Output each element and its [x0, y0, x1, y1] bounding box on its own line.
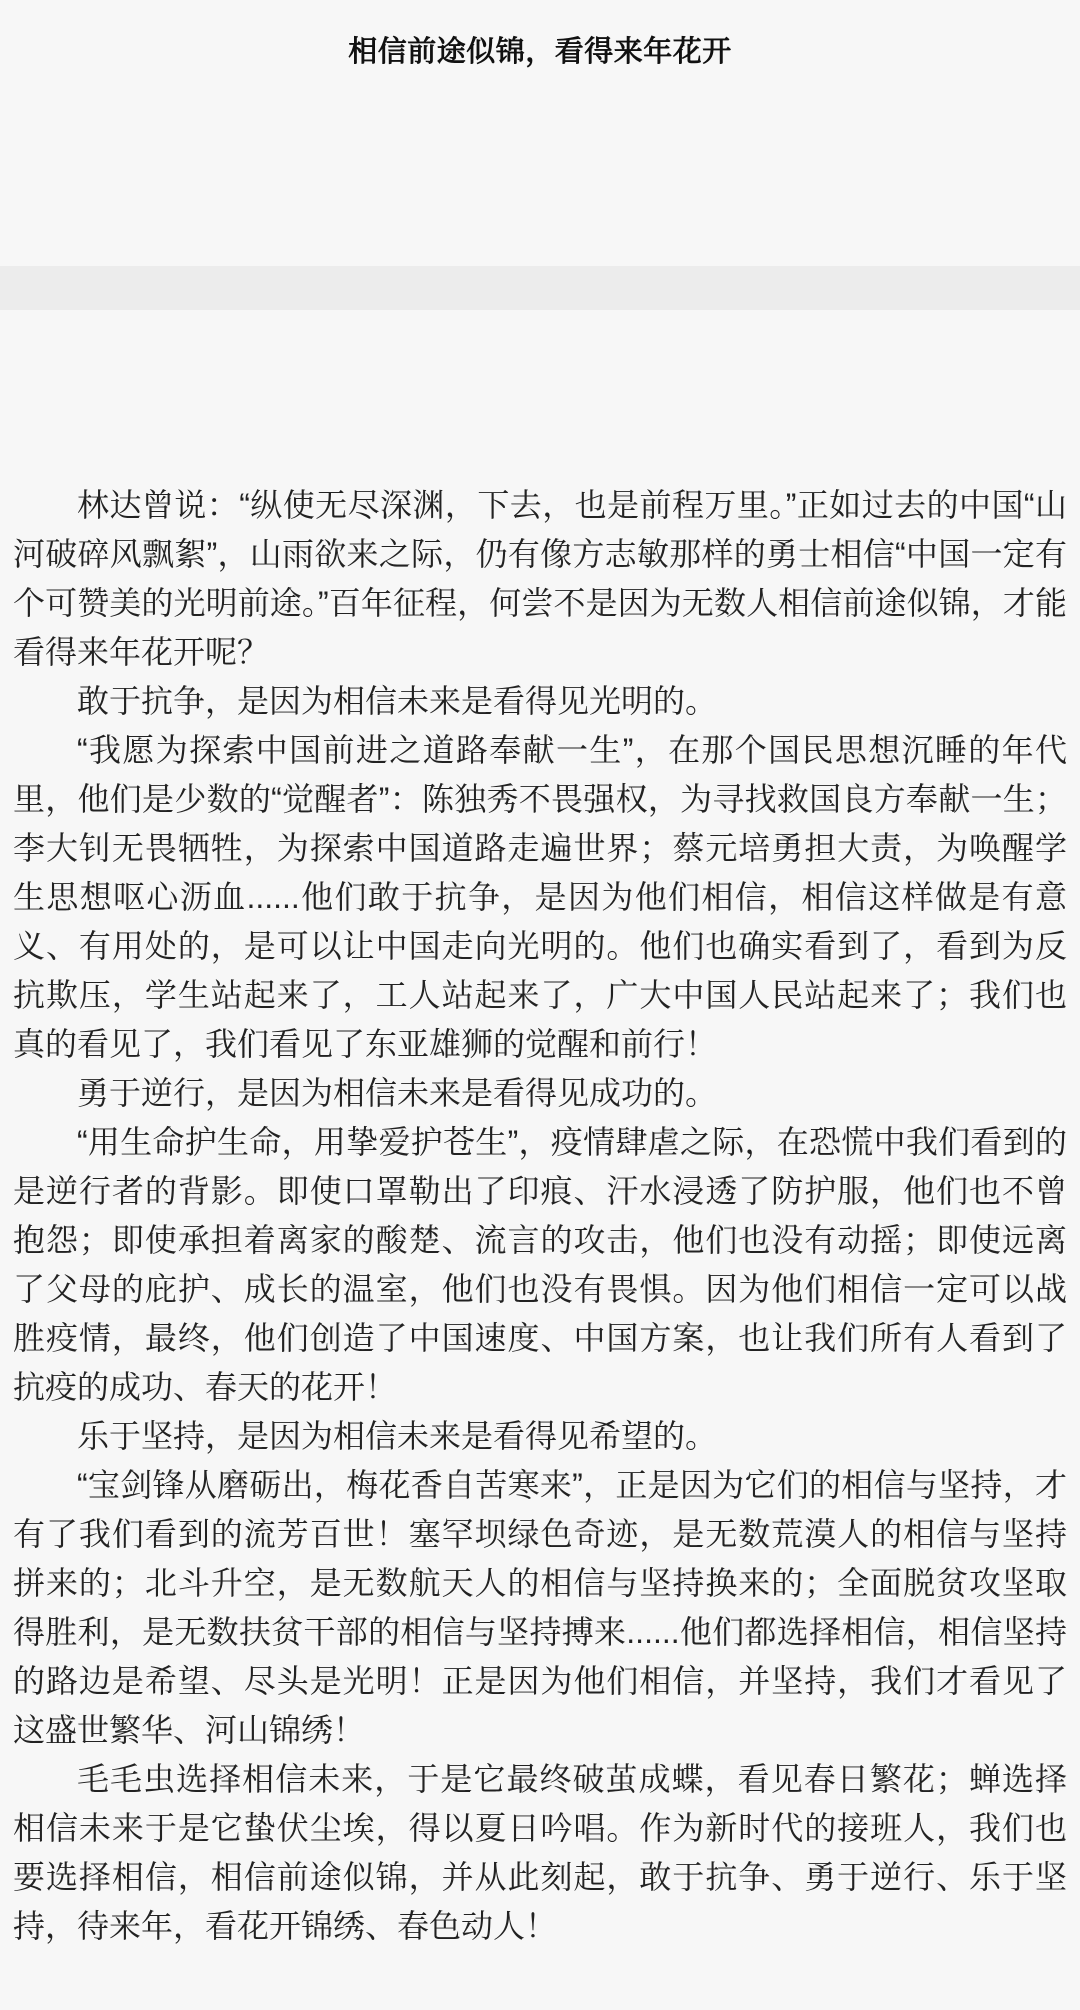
page-title: 相信前途似锦，看得来年花开 — [0, 29, 1080, 70]
essay-paragraph: 敢于抗争，是因为相信未来是看得见光明的。 — [13, 677, 1067, 726]
divider-band — [0, 266, 1080, 310]
page-header: 相信前途似锦，看得来年花开 — [0, 0, 1080, 90]
essay-body: 林达曾说：“纵使无尽深渊，下去，也是前程万里。”正如过去的中国“山河破碎风飘絮”… — [13, 481, 1067, 1951]
essay-paragraph: “用生命护生命，用挚爱护苍生”，疫情肆虐之际，在恐慌中我们看到的是逆行者的背影。… — [13, 1118, 1067, 1412]
essay-paragraph: 勇于逆行，是因为相信未来是看得见成功的。 — [13, 1069, 1067, 1118]
essay-paragraph: 乐于坚持，是因为相信未来是看得见希望的。 — [13, 1412, 1067, 1461]
essay-paragraph: 毛毛虫选择相信未来，于是它最终破茧成蝶，看见春日繁花；蝉选择相信未来于是它蛰伏尘… — [13, 1755, 1067, 1951]
essay-paragraph: 林达曾说：“纵使无尽深渊，下去，也是前程万里。”正如过去的中国“山河破碎风飘絮”… — [13, 481, 1067, 677]
essay-page: { "page": { "title": "相信前途似锦，看得来年花开" }, … — [0, 0, 1080, 2010]
essay-paragraph: “宝剑锋从磨砺出，梅花香自苦寒来”，正是因为它们的相信与坚持，才有了我们看到的流… — [13, 1461, 1067, 1755]
essay-paragraph: “我愿为探索中国前进之道路奉献一生”，在那个国民思想沉睡的年代里，他们是少数的“… — [13, 726, 1067, 1069]
